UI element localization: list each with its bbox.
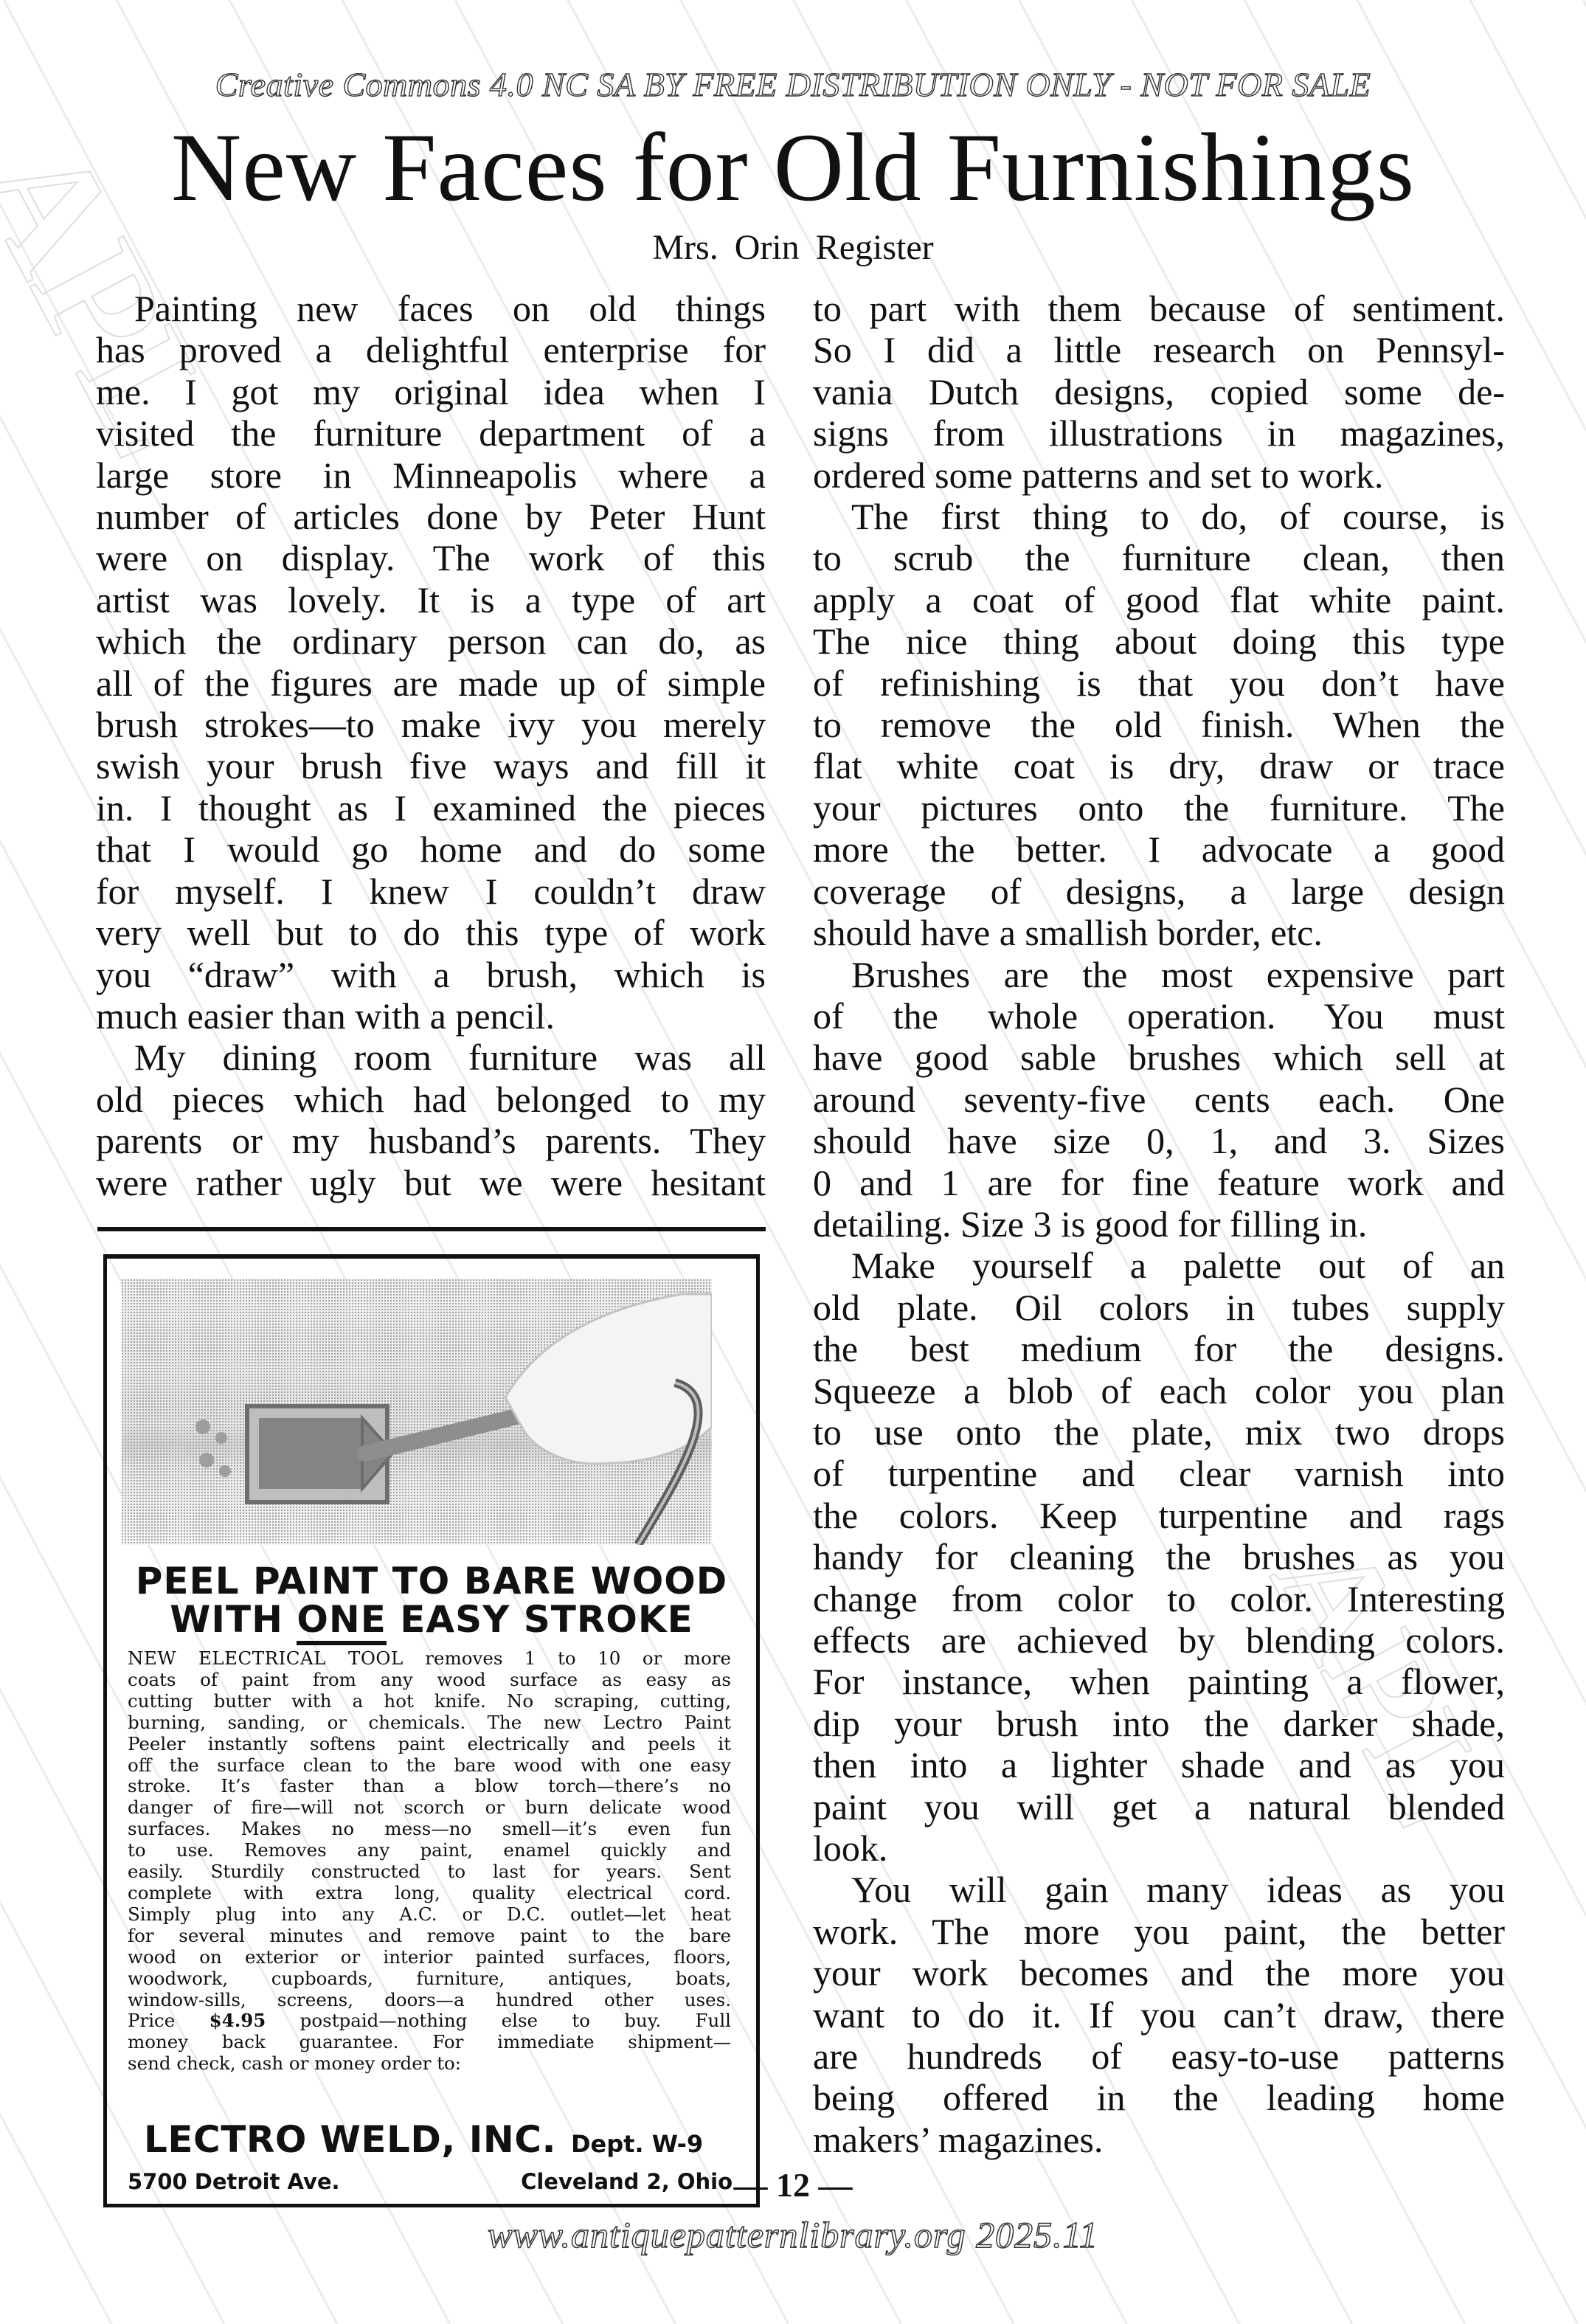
- text-line: flat white coat is dry, draw or trace: [813, 745, 1505, 786]
- text-line: change from color to color. Interesting: [813, 1578, 1505, 1619]
- ad-text-line: coats of paint from any wood surface as …: [128, 1670, 731, 1691]
- ad-text-line: Simply plug into any A.C. or D.C. outlet…: [128, 1904, 731, 1926]
- text-line: Make yourself a palette out of an: [813, 1245, 1505, 1286]
- ad-headline-line2: WITH ONE EASY STROKE: [107, 1598, 756, 1641]
- ad-company: LECTRO WELD, INC.Dept. W-9: [144, 2118, 719, 2161]
- article-title: New Faces for Old Furnishings: [0, 111, 1586, 224]
- text-line: The first thing to do, of course, is: [813, 496, 1505, 537]
- ad-text-line: stroke. It’s faster than a blow torch—th…: [128, 1776, 731, 1797]
- text-line: the best medium for the designs.: [813, 1328, 1505, 1369]
- text-line: Squeeze a blob of each color you plan: [813, 1370, 1505, 1411]
- ad-headline-line1: PEEL PAINT TO BARE WOOD: [107, 1560, 756, 1602]
- text-line: for myself. I knew I couldn’t draw: [96, 871, 766, 912]
- text-line: all of the figures are made up of simple: [96, 663, 766, 704]
- text-line: being offered in the leading home: [813, 2077, 1505, 2118]
- site-footer: www.antiquepatternlibrary.org 2025.11: [0, 2213, 1586, 2256]
- text-line: coverage of designs, a large design: [813, 871, 1505, 912]
- text-line: apply a coat of good flat white paint.: [813, 579, 1505, 620]
- text-line: much easier than with a pencil.: [96, 995, 766, 1037]
- ad-price: $4.95: [209, 2010, 266, 2031]
- text-line: around seventy-five cents each. One: [813, 1079, 1505, 1120]
- ad-text-line: wood on exterior or interior painted sur…: [128, 1947, 731, 1968]
- section-divider: [97, 1227, 766, 1231]
- text-line: artist was lovely. It is a type of art: [96, 579, 766, 620]
- text-line: You will gain many ideas as you: [813, 1869, 1505, 1910]
- text-line: to remove the old finish. When the: [813, 704, 1505, 745]
- ad-text-line: burning, sanding, or chemicals. The new …: [128, 1712, 731, 1734]
- text-line: handy for cleaning the brushes as you: [813, 1536, 1505, 1577]
- paint-peeler-illustration: [122, 1279, 712, 1545]
- ad-text-line: woodwork, cupboards, furniture, antiques…: [128, 1968, 731, 1990]
- ad-headline-emphasis: ONE: [297, 1598, 387, 1645]
- text-line: of turpentine and clear varnish into: [813, 1453, 1505, 1494]
- text-line: old plate. Oil colors in tubes supply: [813, 1287, 1505, 1328]
- license-banner: Creative Commons 4.0 NC SA BY FREE DISTR…: [0, 65, 1586, 104]
- text-line: you “draw” with a brush, which is: [96, 954, 766, 995]
- ad-product-photo: [122, 1279, 712, 1545]
- text-line: visited the furniture department of a: [96, 412, 766, 454]
- ad-text-line: danger of fire—will not scorch or burn d…: [128, 1797, 731, 1819]
- text-line: large store in Minneapolis where a: [96, 454, 766, 496]
- text-line: detailing. Size 3 is good for filling in…: [813, 1203, 1505, 1245]
- company-name: LECTRO WELD, INC.: [144, 2118, 556, 2161]
- article-byline: Mrs. Orin Register: [0, 227, 1586, 268]
- text-line: makers’ magazines.: [813, 2119, 1505, 2160]
- text-line: has proved a delightful enterprise for: [96, 329, 766, 370]
- text-line: me. I got my original idea when I: [96, 371, 766, 412]
- text-line: signs from illustrations in magazines,: [813, 412, 1505, 454]
- ad-text-line: easily. Sturdily constructed to last for…: [128, 1861, 731, 1883]
- text-line: paint you will get a natural blended: [813, 1786, 1505, 1827]
- text-line: swish your brush five ways and fill it: [96, 745, 766, 786]
- ad-text-line: surfaces. Makes no mess—no smell—it’s ev…: [128, 1819, 731, 1840]
- text-line: your work becomes and the more you: [813, 1952, 1505, 1993]
- text-line: look.: [813, 1827, 1505, 1869]
- ad-text-line: cutting butter with a hot knife. No scra…: [128, 1691, 731, 1712]
- text-line: brush strokes—to make ivy you merely: [96, 704, 766, 745]
- text-line: Brushes are the most expensive part: [813, 954, 1505, 995]
- text-line: vania Dutch designs, copied some de-: [813, 371, 1505, 412]
- ad-text-line: window-sills, screens, doors—a hundred o…: [128, 1990, 731, 2011]
- ad-body-text: NEW ELECTRICAL TOOL removes 1 to 10 or m…: [128, 1648, 731, 2075]
- ad-text-line: NEW ELECTRICAL TOOL removes 1 to 10 or m…: [128, 1648, 731, 1670]
- text-line: My dining room furniture was all: [96, 1037, 766, 1078]
- page-number: — 12 —: [0, 2165, 1586, 2204]
- ad-text-line: to use. Removes any paint, enamel quickl…: [128, 1840, 731, 1861]
- text-line: have good sable brushes which sell at: [813, 1037, 1505, 1078]
- text-line: then into a lighter shade and as you: [813, 1744, 1505, 1785]
- text-line: So I did a little research on Pennsyl-: [813, 329, 1505, 370]
- ad-text-line: send check, cash or money order to:: [128, 2053, 731, 2075]
- text-line: which the ordinary person can do, as: [96, 620, 766, 662]
- text-line: of the whole operation. You must: [813, 995, 1505, 1037]
- text-line: dip your brush into the darker shade,: [813, 1703, 1505, 1744]
- advertisement-box: PEEL PAINT TO BARE WOOD WITH ONE EASY ST…: [103, 1254, 760, 2207]
- text-line: 0 and 1 are for fine feature work and: [813, 1162, 1505, 1203]
- company-department: Dept. W-9: [571, 2130, 703, 2158]
- text-line: number of articles done by Peter Hunt: [96, 496, 766, 537]
- text-line: to part with them because of sentiment.: [813, 288, 1505, 329]
- text-line: work. The more you paint, the better: [813, 1911, 1505, 1952]
- ad-text-line: off the surface clean to the bare wood w…: [128, 1755, 731, 1777]
- ad-text-line: complete with extra long, quality electr…: [128, 1883, 731, 1904]
- text-line: the colors. Keep turpentine and rags: [813, 1495, 1505, 1536]
- text-line: that I would go home and do some: [96, 829, 766, 870]
- article-column-left: Painting new faces on old thingshas prov…: [96, 288, 766, 1203]
- text-line: The nice thing about doing this type: [813, 620, 1505, 662]
- text-line: more the better. I advocate a good: [813, 829, 1505, 870]
- text-line: want to do it. If you can’t draw, there: [813, 1994, 1505, 2036]
- ad-text-line: Peeler instantly softens paint electrica…: [128, 1734, 731, 1755]
- ad-price-line: Price $4.95 postpaid—nothing else to buy…: [128, 2010, 731, 2032]
- text-line: are hundreds of easy-to-use patterns: [813, 2036, 1505, 2077]
- text-line: were rather ugly but we were hesitant: [96, 1162, 766, 1203]
- text-line: effects are achieved by blending colors.: [813, 1619, 1505, 1661]
- ad-text-line: money back guarantee. For immediate ship…: [128, 2032, 731, 2053]
- article-column-right: to part with them because of sentiment.S…: [813, 288, 1505, 2160]
- text-line: of refinishing is that you don’t have: [813, 663, 1505, 704]
- ad-text-line: for several minutes and remove paint to …: [128, 1926, 731, 1947]
- text-line: very well but to do this type of work: [96, 912, 766, 953]
- text-line: ordered some patterns and set to work.: [813, 454, 1505, 496]
- text-line: should have a smallish border, etc.: [813, 912, 1505, 953]
- text-line: For instance, when painting a flower,: [813, 1661, 1505, 1702]
- text-line: old pieces which had belonged to my: [96, 1079, 766, 1120]
- text-line: to use onto the plate, mix two drops: [813, 1411, 1505, 1453]
- text-line: Painting new faces on old things: [96, 288, 766, 329]
- text-line: to scrub the furniture clean, then: [813, 537, 1505, 578]
- text-line: were on display. The work of this: [96, 537, 766, 578]
- text-line: should have size 0, 1, and 3. Sizes: [813, 1120, 1505, 1161]
- text-line: your pictures onto the furniture. The: [813, 787, 1505, 829]
- text-line: in. I thought as I examined the pieces: [96, 787, 766, 829]
- text-line: parents or my husband’s parents. They: [96, 1120, 766, 1161]
